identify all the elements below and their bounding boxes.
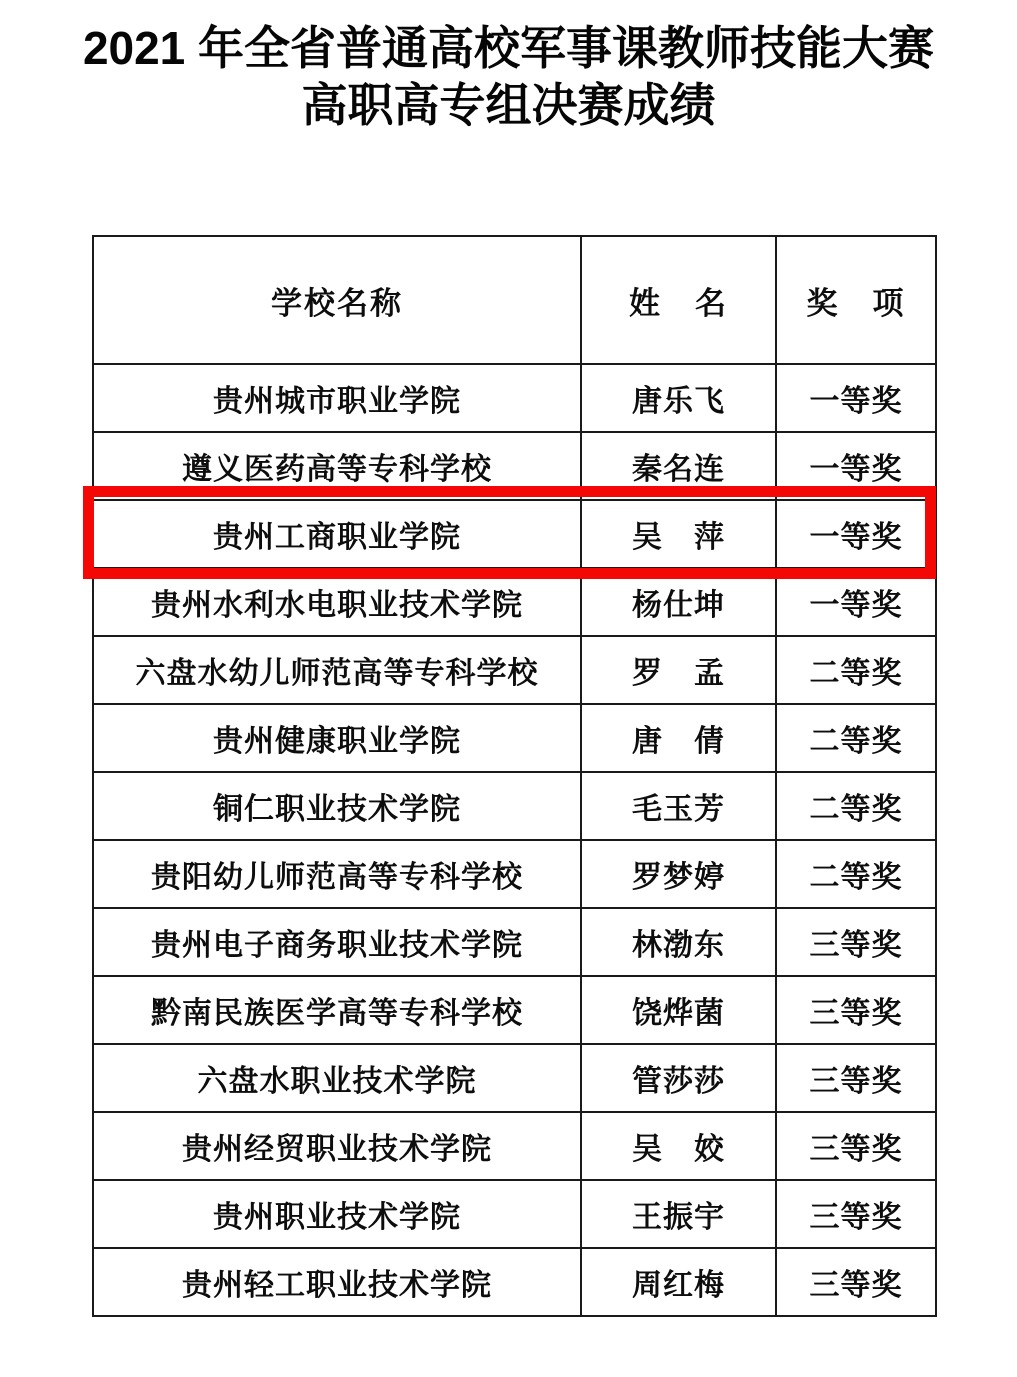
- document-title: 2021 年全省普通高校军事课教师技能大赛 高职高专组决赛成绩: [0, 0, 1017, 134]
- school-cell: 贵州职业技术学院: [93, 1180, 581, 1248]
- award-cell: 三等奖: [776, 1180, 936, 1248]
- header-school: 学校名称: [93, 236, 581, 364]
- award-cell: 三等奖: [776, 1248, 936, 1316]
- document-page: 2021 年全省普通高校军事课教师技能大赛 高职高专组决赛成绩 学校名称 姓 名…: [0, 0, 1017, 1377]
- school-cell: 贵州城市职业学院: [93, 364, 581, 432]
- school-cell: 黔南民族医学高等专科学校: [93, 976, 581, 1044]
- school-cell: 贵州工商职业学院: [93, 500, 581, 568]
- table-row: 铜仁职业技术学院 毛玉芳 二等奖: [93, 772, 936, 840]
- school-cell: 六盘水职业技术学院: [93, 1044, 581, 1112]
- table-row: 贵州电子商务职业技术学院 林渤东 三等奖: [93, 908, 936, 976]
- title-line-1: 2021 年全省普通高校军事课教师技能大赛: [0, 20, 1017, 77]
- award-cell: 二等奖: [776, 772, 936, 840]
- name-cell: 杨仕坤: [581, 568, 776, 636]
- name-cell: 王振宇: [581, 1180, 776, 1248]
- table-row: 贵州健康职业学院 唐 倩 二等奖: [93, 704, 936, 772]
- award-cell: 三等奖: [776, 976, 936, 1044]
- award-cell: 一等奖: [776, 500, 936, 568]
- title-line-2: 高职高专组决赛成绩: [0, 77, 1017, 134]
- table-row: 贵阳幼儿师范高等专科学校 罗梦婷 二等奖: [93, 840, 936, 908]
- school-cell: 贵州水利水电职业技术学院: [93, 568, 581, 636]
- table-row: 贵州轻工职业技术学院 周红梅 三等奖: [93, 1248, 936, 1316]
- school-cell: 六盘水幼儿师范高等专科学校: [93, 636, 581, 704]
- school-cell: 铜仁职业技术学院: [93, 772, 581, 840]
- name-cell: 饶烨菌: [581, 976, 776, 1044]
- table-row: 黔南民族医学高等专科学校 饶烨菌 三等奖: [93, 976, 936, 1044]
- table-row: 六盘水幼儿师范高等专科学校 罗 孟 二等奖: [93, 636, 936, 704]
- name-cell: 秦名连: [581, 432, 776, 500]
- school-cell: 贵阳幼儿师范高等专科学校: [93, 840, 581, 908]
- header-name: 姓 名: [581, 236, 776, 364]
- name-cell: 管莎莎: [581, 1044, 776, 1112]
- school-cell: 遵义医药高等专科学校: [93, 432, 581, 500]
- award-cell: 三等奖: [776, 1112, 936, 1180]
- table-row: 贵州经贸职业技术学院 吴 姣 三等奖: [93, 1112, 936, 1180]
- award-cell: 三等奖: [776, 908, 936, 976]
- award-cell: 二等奖: [776, 636, 936, 704]
- table-row: 贵州城市职业学院 唐乐飞 一等奖: [93, 364, 936, 432]
- header-row: 学校名称 姓 名 奖 项: [93, 236, 936, 364]
- award-cell: 一等奖: [776, 364, 936, 432]
- name-cell: 林渤东: [581, 908, 776, 976]
- award-cell: 一等奖: [776, 568, 936, 636]
- school-cell: 贵州轻工职业技术学院: [93, 1248, 581, 1316]
- header-award: 奖 项: [776, 236, 936, 364]
- name-cell: 唐乐飞: [581, 364, 776, 432]
- name-cell: 唐 倩: [581, 704, 776, 772]
- name-cell: 周红梅: [581, 1248, 776, 1316]
- award-cell: 一等奖: [776, 432, 936, 500]
- table-row: 六盘水职业技术学院 管莎莎 三等奖: [93, 1044, 936, 1112]
- name-cell: 毛玉芳: [581, 772, 776, 840]
- table-row: 贵州水利水电职业技术学院 杨仕坤 一等奖: [93, 568, 936, 636]
- name-cell: 罗 孟: [581, 636, 776, 704]
- award-cell: 三等奖: [776, 1044, 936, 1112]
- school-cell: 贵州电子商务职业技术学院: [93, 908, 581, 976]
- name-cell: 吴 萍: [581, 500, 776, 568]
- name-cell: 罗梦婷: [581, 840, 776, 908]
- school-cell: 贵州健康职业学院: [93, 704, 581, 772]
- award-cell: 二等奖: [776, 704, 936, 772]
- table-row: 贵州工商职业学院 吴 萍 一等奖: [93, 500, 936, 568]
- school-cell: 贵州经贸职业技术学院: [93, 1112, 581, 1180]
- name-cell: 吴 姣: [581, 1112, 776, 1180]
- table-row: 贵州职业技术学院 王振宇 三等奖: [93, 1180, 936, 1248]
- table-row: 遵义医药高等专科学校 秦名连 一等奖: [93, 432, 936, 500]
- results-table: 学校名称 姓 名 奖 项 贵州城市职业学院 唐乐飞 一等奖 遵义医药高等专科学校…: [92, 235, 937, 1317]
- award-cell: 二等奖: [776, 840, 936, 908]
